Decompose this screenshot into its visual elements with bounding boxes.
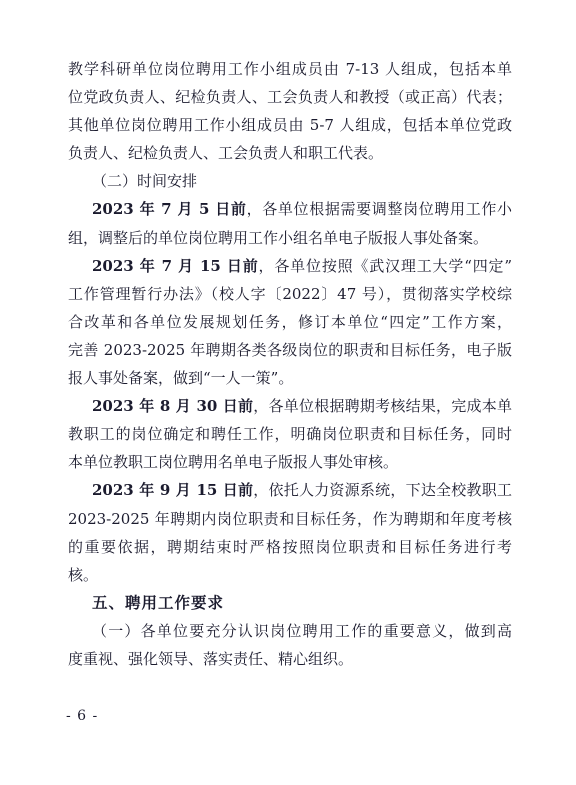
deadline-date: 2023 年 7 月 5 日前 [92,200,247,218]
document-body: 教学科研单位岗位聘用工作小组成员由 7-13 人组成，包括本单 位党政负责人、纪… [68,55,512,673]
body-line: 位党政负责人、纪检负责人、工会负责人和教授（或正高）代表； [68,83,512,111]
body-line: 组，调整后的单位岗位聘用工作小组名单电子版报人事处备案。 [68,224,512,252]
body-line: 本单位教职工岗位聘用名单电子版报人事处审核。 [68,448,512,476]
deadline-date: 2023 年 7 月 15 日前 [92,257,259,275]
body-line: 完善 2023-2025 年聘期各类各级岗位的职责和目标任务，电子版 [68,336,512,364]
paragraph-line: 2023 年 8 月 30 日前，各单位根据聘期考核结果，完成本单位 [68,392,512,420]
body-line: 核。 [68,561,512,589]
body-line: 度重视、强化领导、落实责任、精心组织。 [68,645,512,673]
body-text: ，各单位按照《武汉理工大学“四定” [259,257,512,275]
body-line: 教学科研单位岗位聘用工作小组成员由 7-13 人组成，包括本单 [68,55,512,83]
body-text: ，各单位根据需要调整岗位聘用工作小 [247,200,512,218]
body-line: 的重要依据，聘期结束时严格按照岗位职责和目标任务进行考 [68,533,512,561]
section-heading-requirements: 五、聘用工作要求 [68,589,512,617]
body-text: ，依托人力资源系统，下达全校教职工 [253,481,512,499]
body-line: 工作管理暂行办法》（校人字〔2022〕47 号），贯彻落实学校综 [68,280,512,308]
body-line: 2023-2025 年聘期内岗位职责和目标任务，作为聘期和年度考核 [68,505,512,533]
body-line: 合改革和各单位发展规划任务，修订本单位“四定”工作方案， [68,308,512,336]
paragraph-line: 2023 年 7 月 5 日前，各单位根据需要调整岗位聘用工作小 [68,195,512,223]
deadline-date: 2023 年 8 月 30 日前 [92,397,253,415]
body-line: 其他单位岗位聘用工作小组成员由 5-7 人组成，包括本单位党政 [68,111,512,139]
page-number: - 6 - [66,706,98,726]
subheading-time-arrangement: （二）时间安排 [68,167,512,195]
body-line: （一）各单位要充分认识岗位聘用工作的重要意义，做到高 [68,617,512,645]
document-page: 教学科研单位岗位聘用工作小组成员由 7-13 人组成，包括本单 位党政负责人、纪… [0,0,576,785]
paragraph-line: 2023 年 9 月 15 日前，依托人力资源系统，下达全校教职工 [68,476,512,504]
deadline-date: 2023 年 9 月 15 日前 [92,481,253,499]
body-line: 教职工的岗位确定和聘任工作，明确岗位职责和目标任务，同时 [68,420,512,448]
paragraph-line: 2023 年 7 月 15 日前，各单位按照《武汉理工大学“四定” [68,252,512,280]
body-line: 报人事处备案，做到“一人一策”。 [68,364,512,392]
body-line: 负责人、纪检负责人、工会负责人和职工代表。 [68,139,512,167]
